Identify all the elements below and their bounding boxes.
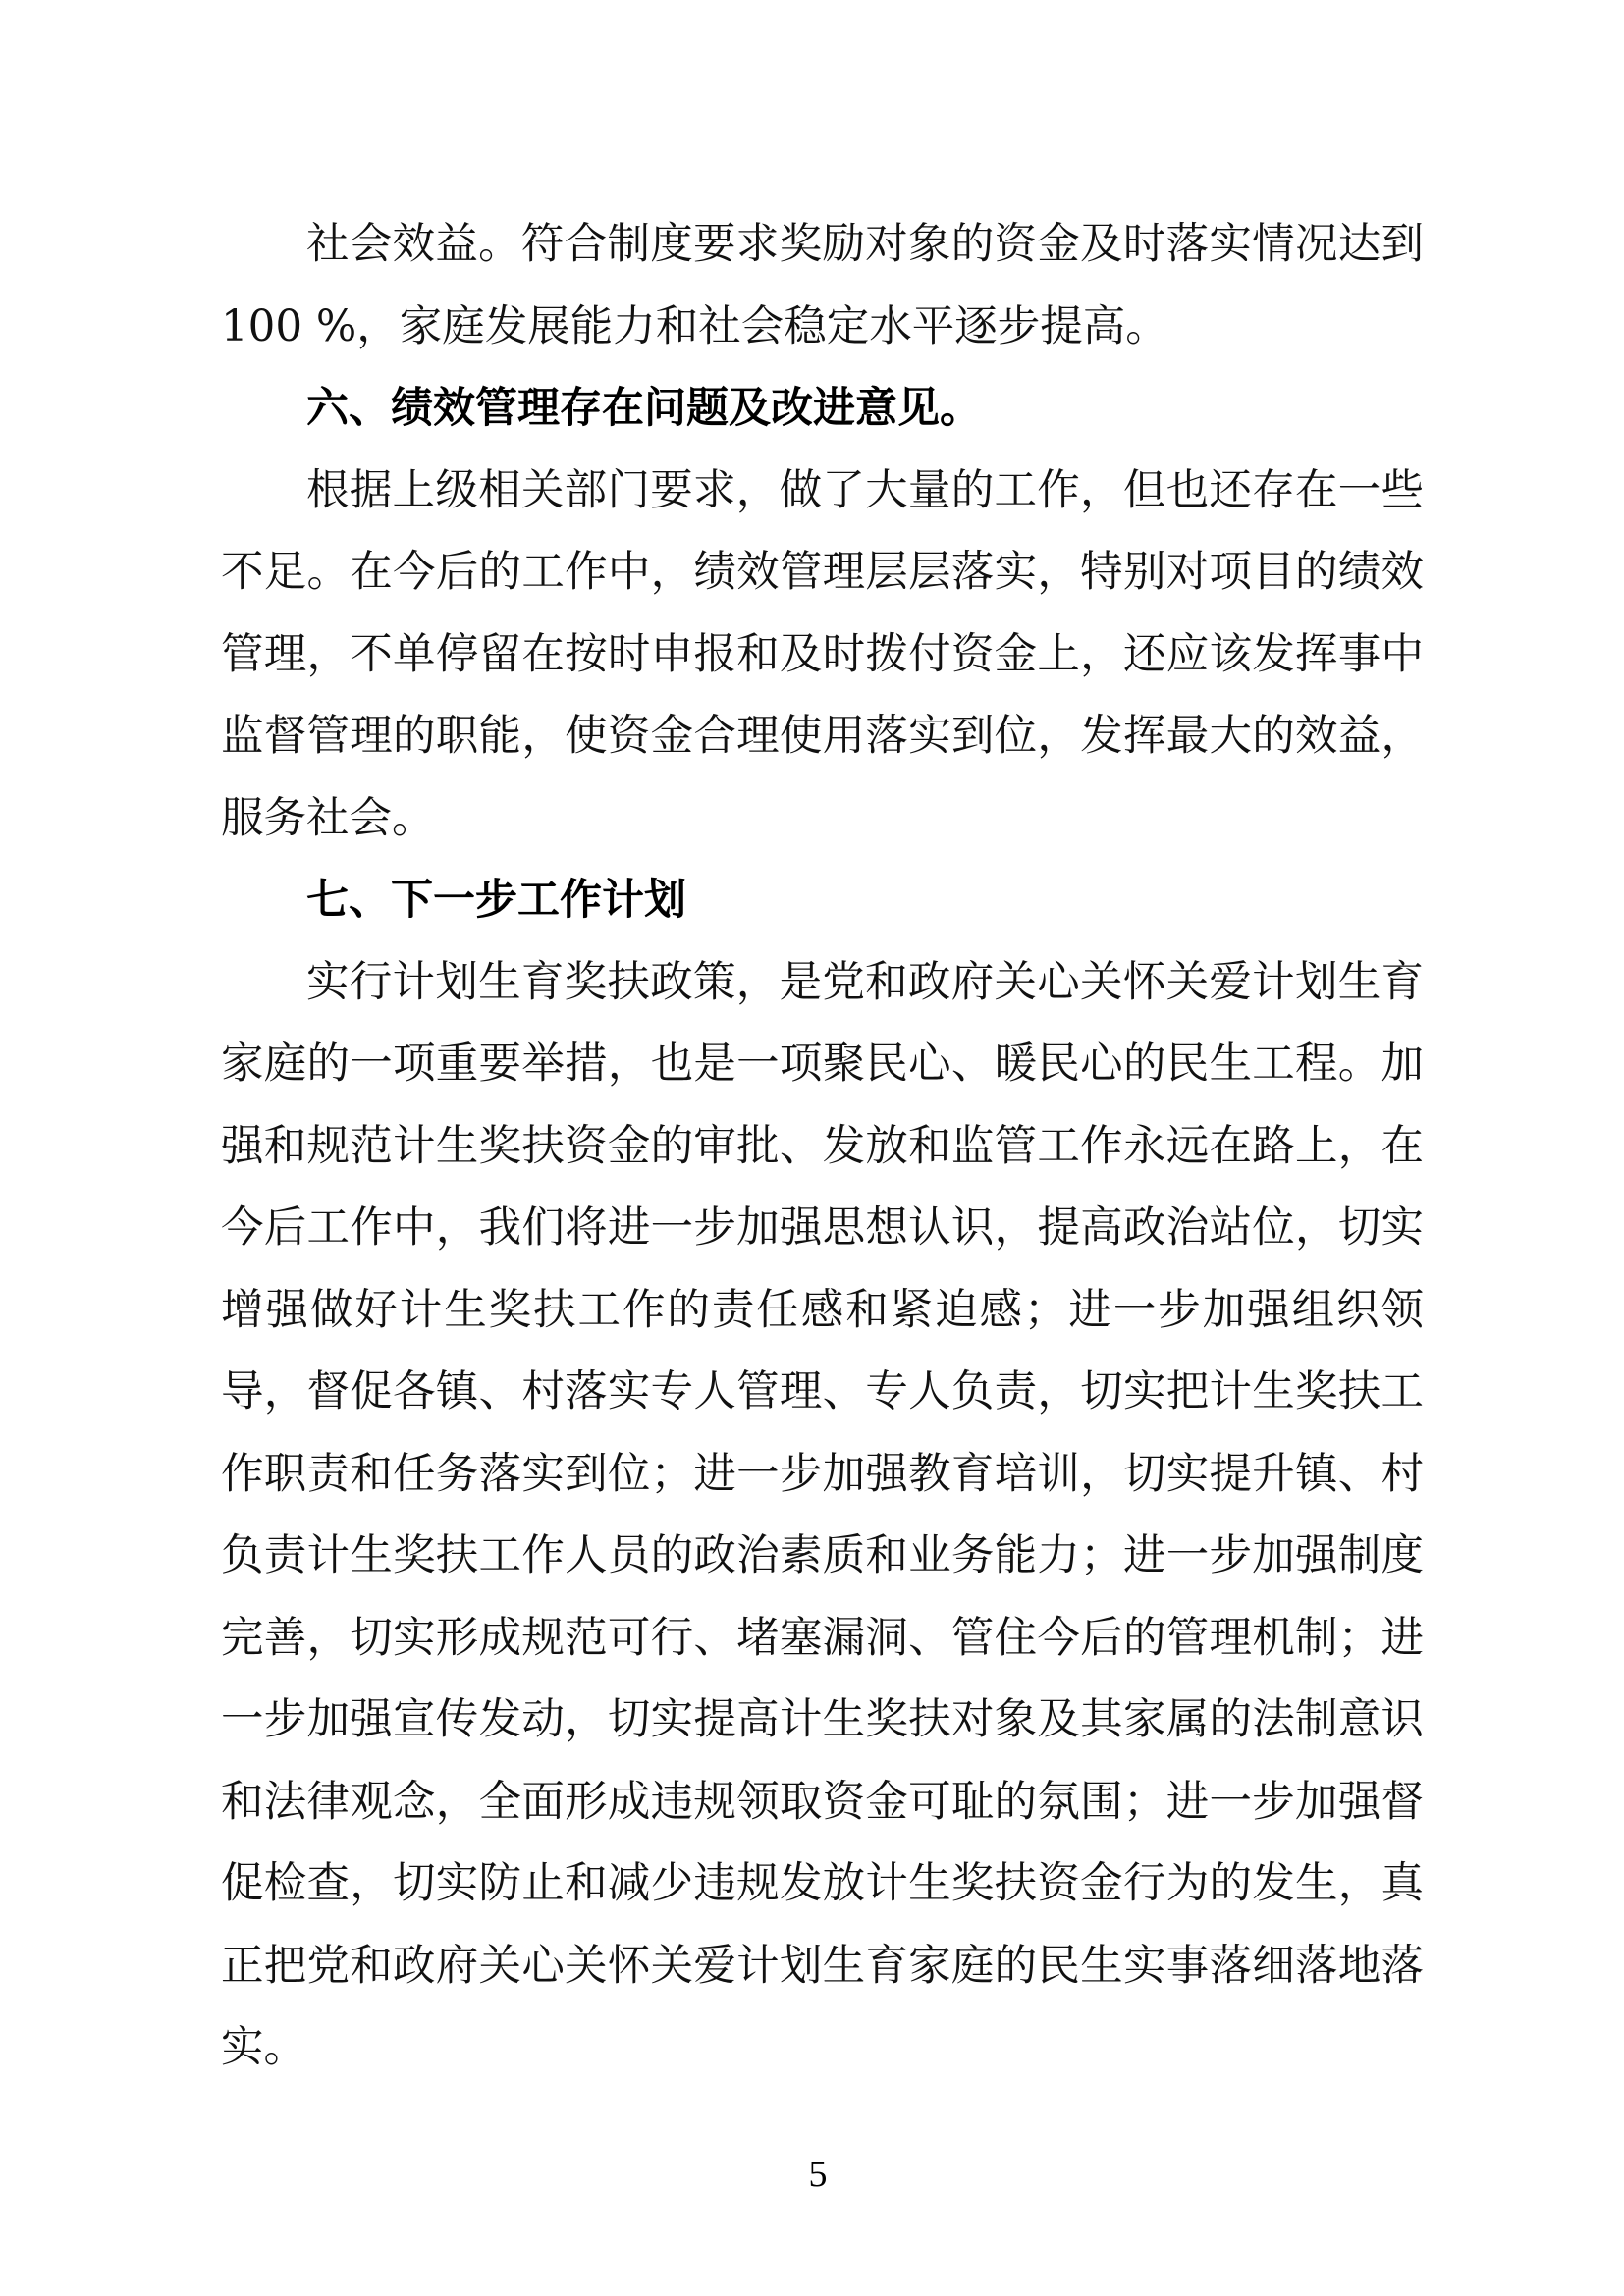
document-body: 社会效益。符合制度要求奖励对象的资金及时落实情况达到100 %，家庭发展能力和社… <box>221 204 1424 2090</box>
section-heading-6: 六、绩效管理存在问题及改进意见。 <box>221 368 1424 451</box>
section-heading-7: 七、下一步工作计划 <box>221 860 1424 942</box>
paragraph-next-plan: 实行计划生育奖扶政策，是党和政府关心关怀关爱计划生育家庭的一项重要举措，也是一项… <box>221 942 1424 2090</box>
page-number: 5 <box>802 2152 834 2197</box>
paragraph-improvement: 根据上级相关部门要求，做了大量的工作，但也还存在一些不足。在今后的工作中，绩效管… <box>221 451 1424 861</box>
paragraph-continuation: 社会效益。符合制度要求奖励对象的资金及时落实情况达到100 %，家庭发展能力和社… <box>221 204 1424 368</box>
document-page: 社会效益。符合制度要求奖励对象的资金及时落实情况达到100 %，家庭发展能力和社… <box>0 0 1624 2296</box>
